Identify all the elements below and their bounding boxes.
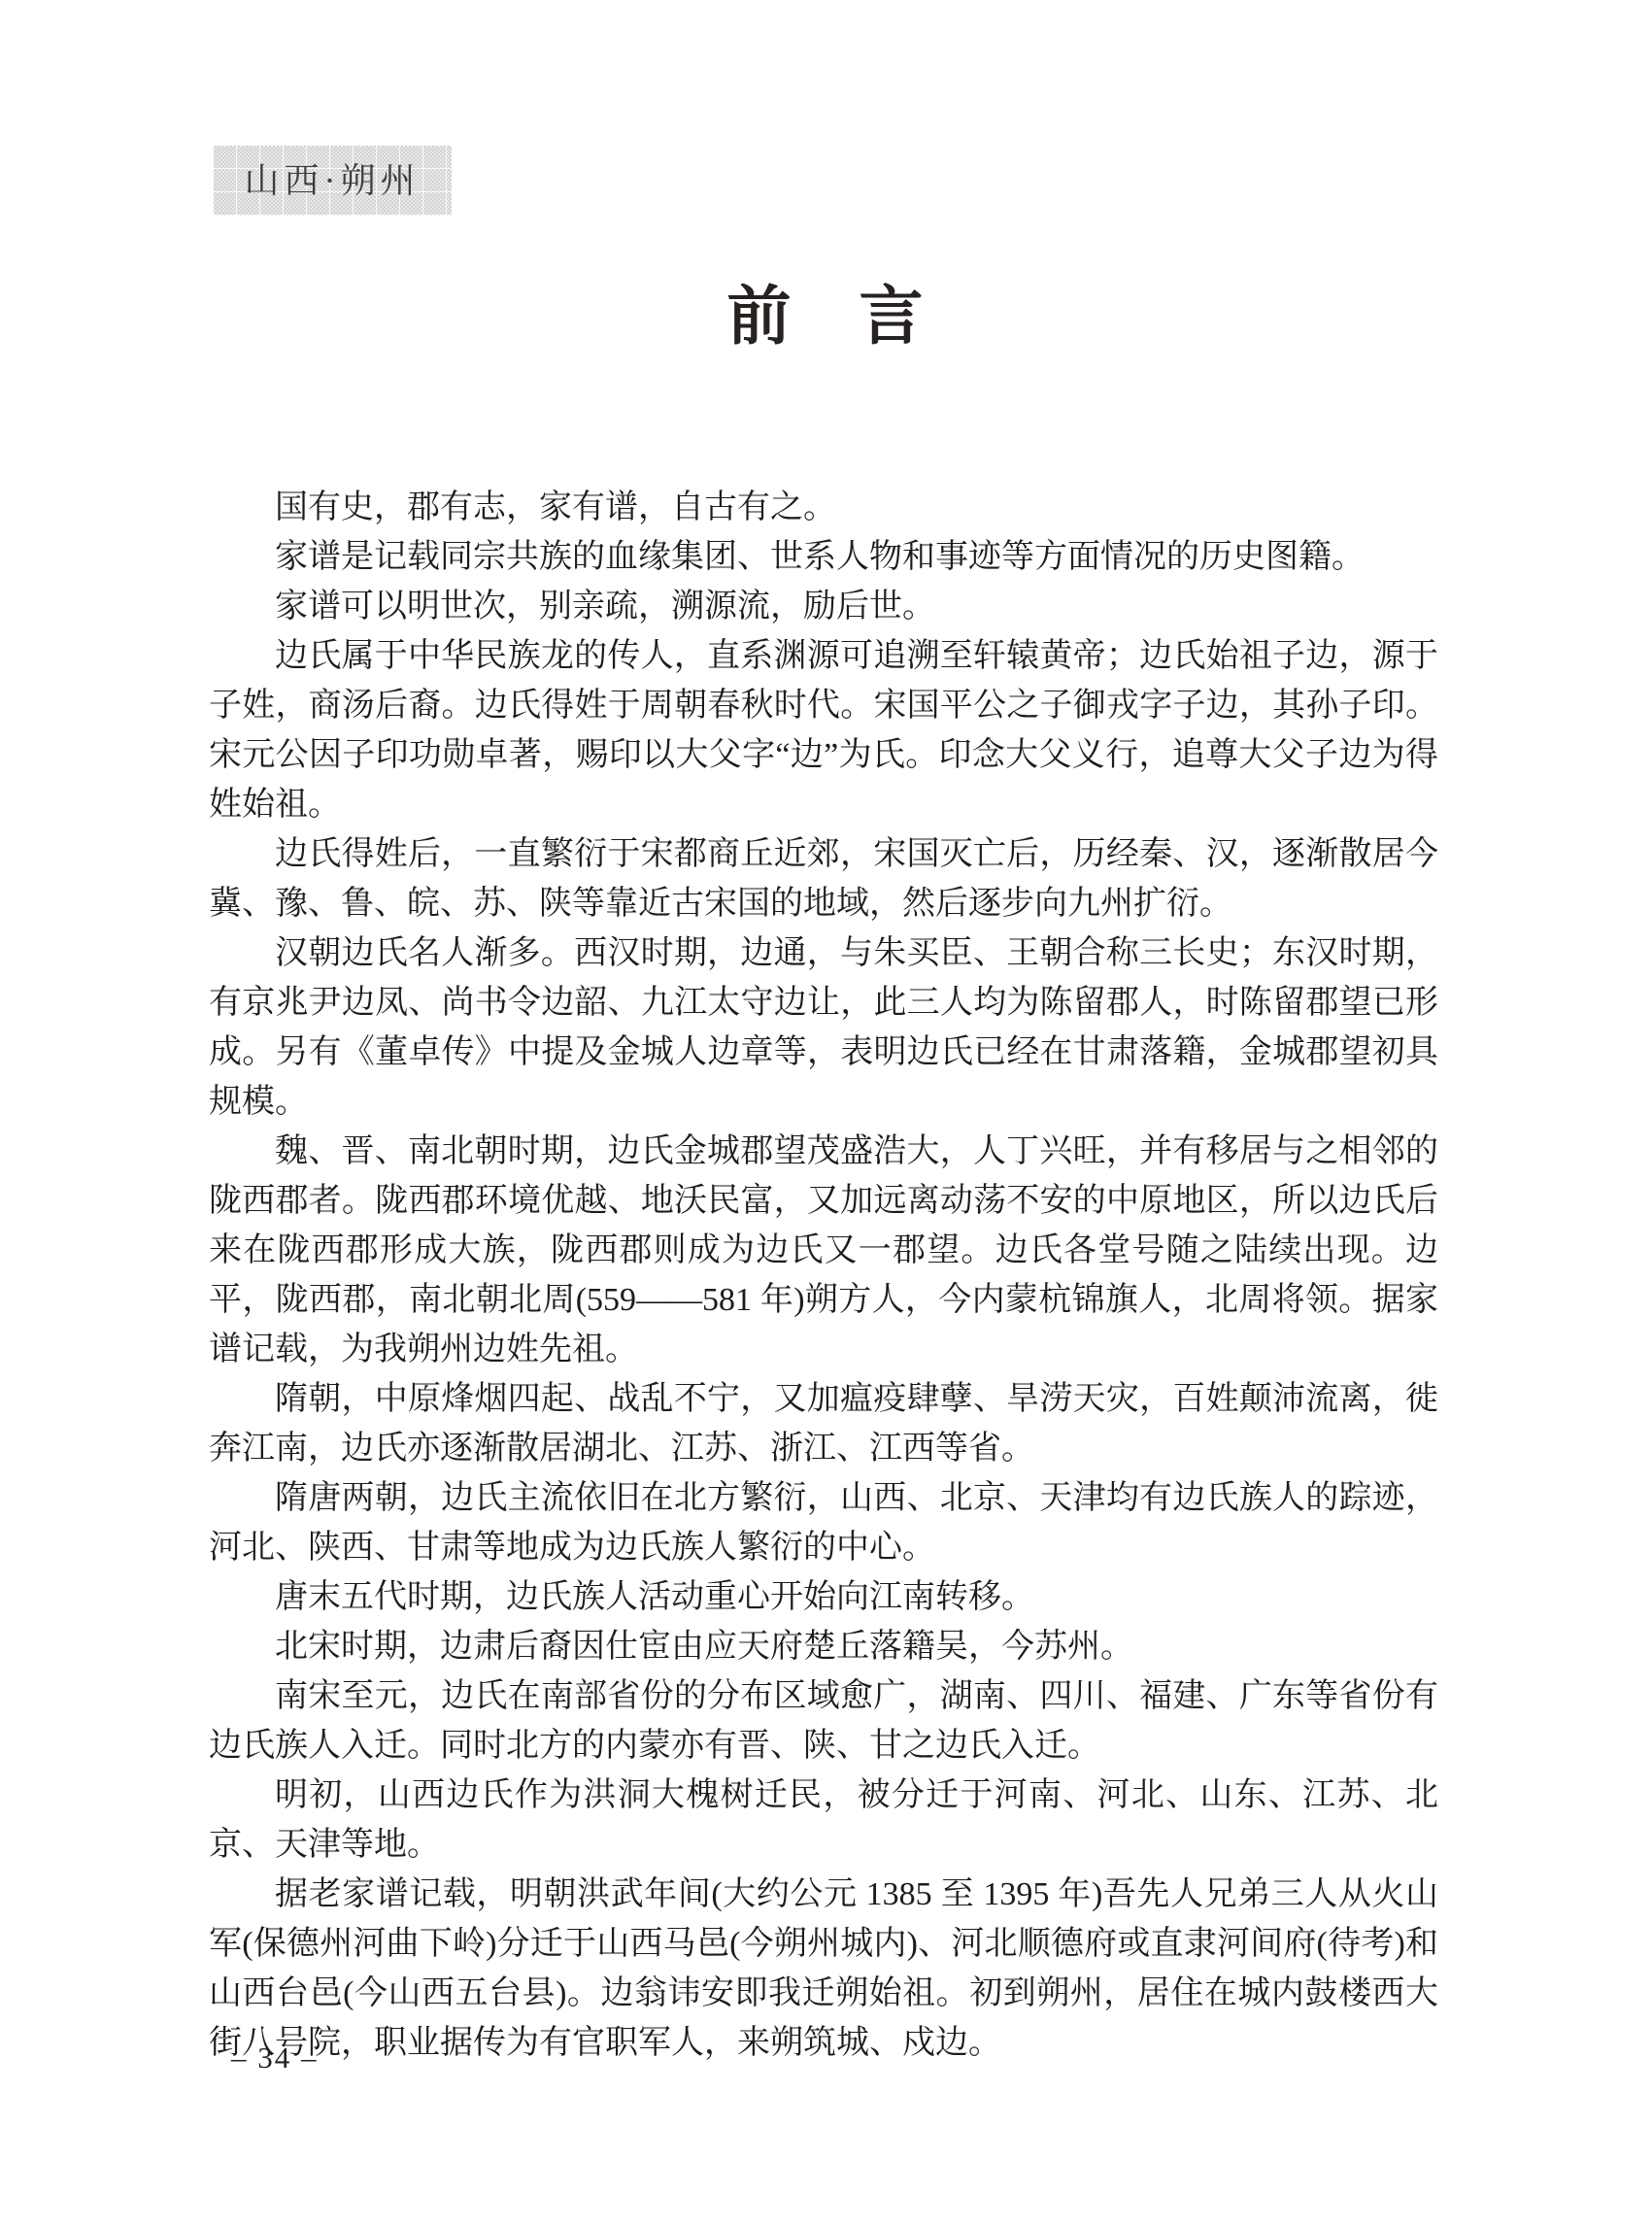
body-paragraph: 魏、晋、南北朝时期，边氏金城郡望茂盛浩大，人丁兴旺，并有移居与之相邻的陇西郡者。…: [209, 1127, 1438, 1374]
body-paragraph: 唐末五代时期，边氏族人活动重心开始向江南转移。: [209, 1572, 1438, 1622]
body-paragraph: 家谱可以明世次，别亲疏，溯源流，励后世。: [209, 582, 1438, 631]
body-paragraph: 国有史，郡有志，家有谱，自古有之。: [209, 483, 1438, 532]
body-paragraph: 隋唐两朝，边氏主流依旧在北方繁衍，山西、北京、天津均有边氏族人的踪迹，河北、陕西…: [209, 1473, 1438, 1572]
body-paragraph: 家谱是记载同宗共族的血缘集团、世系人物和事迹等方面情况的历史图籍。: [209, 532, 1438, 582]
body-paragraph: 明初，山西边氏作为洪洞大槐树迁民，被分迁于河南、河北、山东、江苏、北京、天津等地…: [209, 1771, 1438, 1870]
body-paragraph: 南宋至元，边氏在南部省份的分布区域愈广，湖南、四川、福建、广东等省份有边氏族人入…: [209, 1671, 1438, 1771]
preface-body: 国有史，郡有志，家有谱，自古有之。家谱是记载同宗共族的血缘集团、世系人物和事迹等…: [209, 483, 1438, 2068]
page-number: – 34 –: [231, 2040, 319, 2075]
region-label-box: 山西·朔州: [213, 146, 452, 216]
body-paragraph: 隋朝，中原烽烟四起、战乱不宁，又加瘟疫肆孽、旱涝天灾，百姓颠沛流离，徙奔江南，边…: [209, 1374, 1438, 1473]
book-page: 山西·朔州 前 言 国有史，郡有志，家有谱，自古有之。家谱是记载同宗共族的血缘集…: [0, 0, 1652, 2226]
body-paragraph: 据老家谱记载，明朝洪武年间(大约公元 1385 至 1395 年)吾先人兄弟三人…: [209, 1870, 1438, 2068]
body-paragraph: 汉朝边氏名人渐多。西汉时期，边通，与朱买臣、王朝合称三长史；东汉时期，有京兆尹边…: [209, 928, 1438, 1127]
body-paragraph: 边氏得姓后，一直繁衍于宋都商丘近郊，宋国灭亡后，历经秦、汉，逐渐散居今冀、豫、鲁…: [209, 829, 1438, 928]
page-title: 前 言: [0, 280, 1652, 355]
body-paragraph: 边氏属于中华民族龙的传人，直系渊源可追溯至轩辕黄帝；边氏始祖子边，源于子姓，商汤…: [209, 631, 1438, 829]
region-label: 山西·朔州: [245, 163, 421, 198]
body-paragraph: 北宋时期，边肃后裔因仕宦由应天府楚丘落籍吴，今苏州。: [209, 1622, 1438, 1671]
